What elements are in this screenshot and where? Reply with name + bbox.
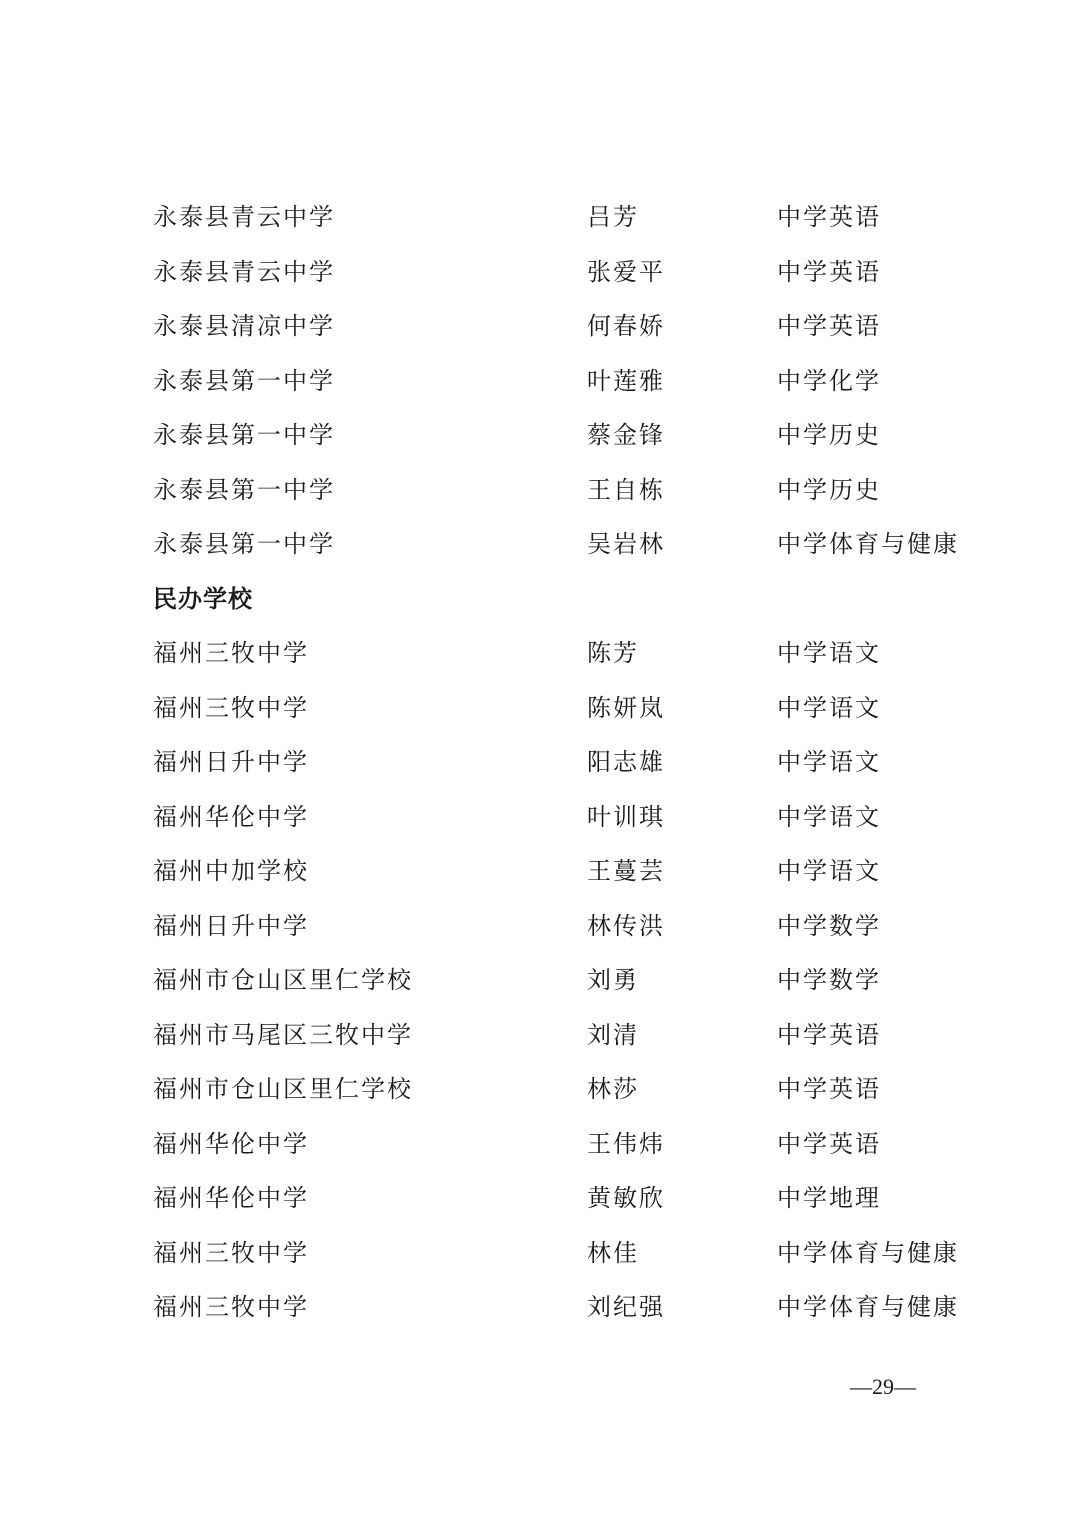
- school-name: 福州日升中学: [153, 899, 309, 954]
- school-name: 福州华伦中学: [153, 1171, 309, 1226]
- subject: 中学数学: [777, 899, 881, 954]
- list-item: 福州三牧中学 陈妍岚 中学语文: [153, 681, 973, 736]
- school-name: 福州中加学校: [153, 844, 309, 899]
- list-item: 永泰县清凉中学 何春娇 中学英语: [153, 299, 973, 354]
- teacher-name: 陈妍岚: [587, 681, 665, 736]
- list-item: 永泰县第一中学 叶莲雅 中学化学: [153, 354, 973, 409]
- subject: 中学英语: [777, 190, 881, 245]
- school-name: 永泰县清凉中学: [153, 299, 335, 354]
- school-name: 永泰县第一中学: [153, 517, 335, 572]
- subject: 中学英语: [777, 1062, 881, 1117]
- subject: 中学体育与健康: [777, 1280, 959, 1335]
- list-item: 永泰县第一中学 蔡金锋 中学历史: [153, 408, 973, 463]
- subject: 中学英语: [777, 245, 881, 300]
- list-item: 福州华伦中学 王伟炜 中学英语: [153, 1117, 973, 1172]
- teacher-name: 陈芳: [587, 626, 639, 681]
- teacher-name: 吕芳: [587, 190, 639, 245]
- list-item: 福州华伦中学 黄敏欣 中学地理: [153, 1171, 973, 1226]
- school-name: 福州市仓山区里仁学校: [153, 953, 413, 1008]
- subject: 中学历史: [777, 463, 881, 518]
- subject: 中学英语: [777, 299, 881, 354]
- teacher-name: 王伟炜: [587, 1117, 665, 1172]
- subject: 中学英语: [777, 1117, 881, 1172]
- teacher-name: 吴岩林: [587, 517, 665, 572]
- subject: 中学体育与健康: [777, 517, 959, 572]
- school-name: 福州华伦中学: [153, 1117, 309, 1172]
- subject: 中学体育与健康: [777, 1226, 959, 1281]
- list-item: 福州市仓山区里仁学校 刘勇 中学数学: [153, 953, 973, 1008]
- section-heading-private-schools: 民办学校: [153, 572, 973, 627]
- list-item: 永泰县第一中学 吴岩林 中学体育与健康: [153, 517, 973, 572]
- subject: 中学历史: [777, 408, 881, 463]
- school-name: 福州三牧中学: [153, 626, 309, 681]
- teacher-list: 永泰县青云中学 吕芳 中学英语 永泰县青云中学 张爱平 中学英语 永泰县清凉中学…: [153, 190, 973, 1335]
- teacher-name: 张爱平: [587, 245, 665, 300]
- teacher-name: 林传洪: [587, 899, 665, 954]
- subject: 中学语文: [777, 626, 881, 681]
- list-item: 福州日升中学 林传洪 中学数学: [153, 899, 973, 954]
- list-item: 永泰县青云中学 吕芳 中学英语: [153, 190, 973, 245]
- school-name: 永泰县第一中学: [153, 354, 335, 409]
- subject: 中学数学: [777, 953, 881, 1008]
- school-name: 永泰县青云中学: [153, 245, 335, 300]
- teacher-name: 刘清: [587, 1008, 639, 1063]
- subject: 中学语文: [777, 844, 881, 899]
- teacher-name: 黄敏欣: [587, 1171, 665, 1226]
- subject: 中学语文: [777, 790, 881, 845]
- teacher-name: 林佳: [587, 1226, 639, 1281]
- school-name: 福州日升中学: [153, 735, 309, 790]
- document-page: 永泰县青云中学 吕芳 中学英语 永泰县青云中学 张爱平 中学英语 永泰县清凉中学…: [0, 0, 1080, 1528]
- list-item: 福州华伦中学 叶训琪 中学语文: [153, 790, 973, 845]
- teacher-name: 刘纪强: [587, 1280, 665, 1335]
- list-item: 福州三牧中学 刘纪强 中学体育与健康: [153, 1280, 973, 1335]
- subject: 中学英语: [777, 1008, 881, 1063]
- list-item: 福州市马尾区三牧中学 刘清 中学英语: [153, 1008, 973, 1063]
- list-item: 永泰县第一中学 王自栋 中学历史: [153, 463, 973, 518]
- teacher-name: 叶训琪: [587, 790, 665, 845]
- list-item: 福州日升中学 阳志雄 中学语文: [153, 735, 973, 790]
- school-name: 福州三牧中学: [153, 681, 309, 736]
- school-name: 永泰县青云中学: [153, 190, 335, 245]
- list-item: 福州市仓山区里仁学校 林莎 中学英语: [153, 1062, 973, 1117]
- subject: 中学语文: [777, 681, 881, 736]
- school-name: 福州华伦中学: [153, 790, 309, 845]
- school-name: 福州市仓山区里仁学校: [153, 1062, 413, 1117]
- school-name: 福州三牧中学: [153, 1280, 309, 1335]
- subject: 中学化学: [777, 354, 881, 409]
- teacher-name: 林莎: [587, 1062, 639, 1117]
- list-item: 永泰县青云中学 张爱平 中学英语: [153, 245, 973, 300]
- subject: 中学语文: [777, 735, 881, 790]
- teacher-name: 蔡金锋: [587, 408, 665, 463]
- subject: 中学地理: [777, 1171, 881, 1226]
- list-item: 福州三牧中学 林佳 中学体育与健康: [153, 1226, 973, 1281]
- school-name: 永泰县第一中学: [153, 408, 335, 463]
- teacher-name: 王自栋: [587, 463, 665, 518]
- list-item: 福州中加学校 王蔓芸 中学语文: [153, 844, 973, 899]
- page-number: —29—: [850, 1374, 916, 1400]
- teacher-name: 何春娇: [587, 299, 665, 354]
- school-name: 福州三牧中学: [153, 1226, 309, 1281]
- teacher-name: 刘勇: [587, 953, 639, 1008]
- teacher-name: 王蔓芸: [587, 844, 665, 899]
- school-name: 福州市马尾区三牧中学: [153, 1008, 413, 1063]
- school-name: 永泰县第一中学: [153, 463, 335, 518]
- teacher-name: 阳志雄: [587, 735, 665, 790]
- list-item: 福州三牧中学 陈芳 中学语文: [153, 626, 973, 681]
- teacher-name: 叶莲雅: [587, 354, 665, 409]
